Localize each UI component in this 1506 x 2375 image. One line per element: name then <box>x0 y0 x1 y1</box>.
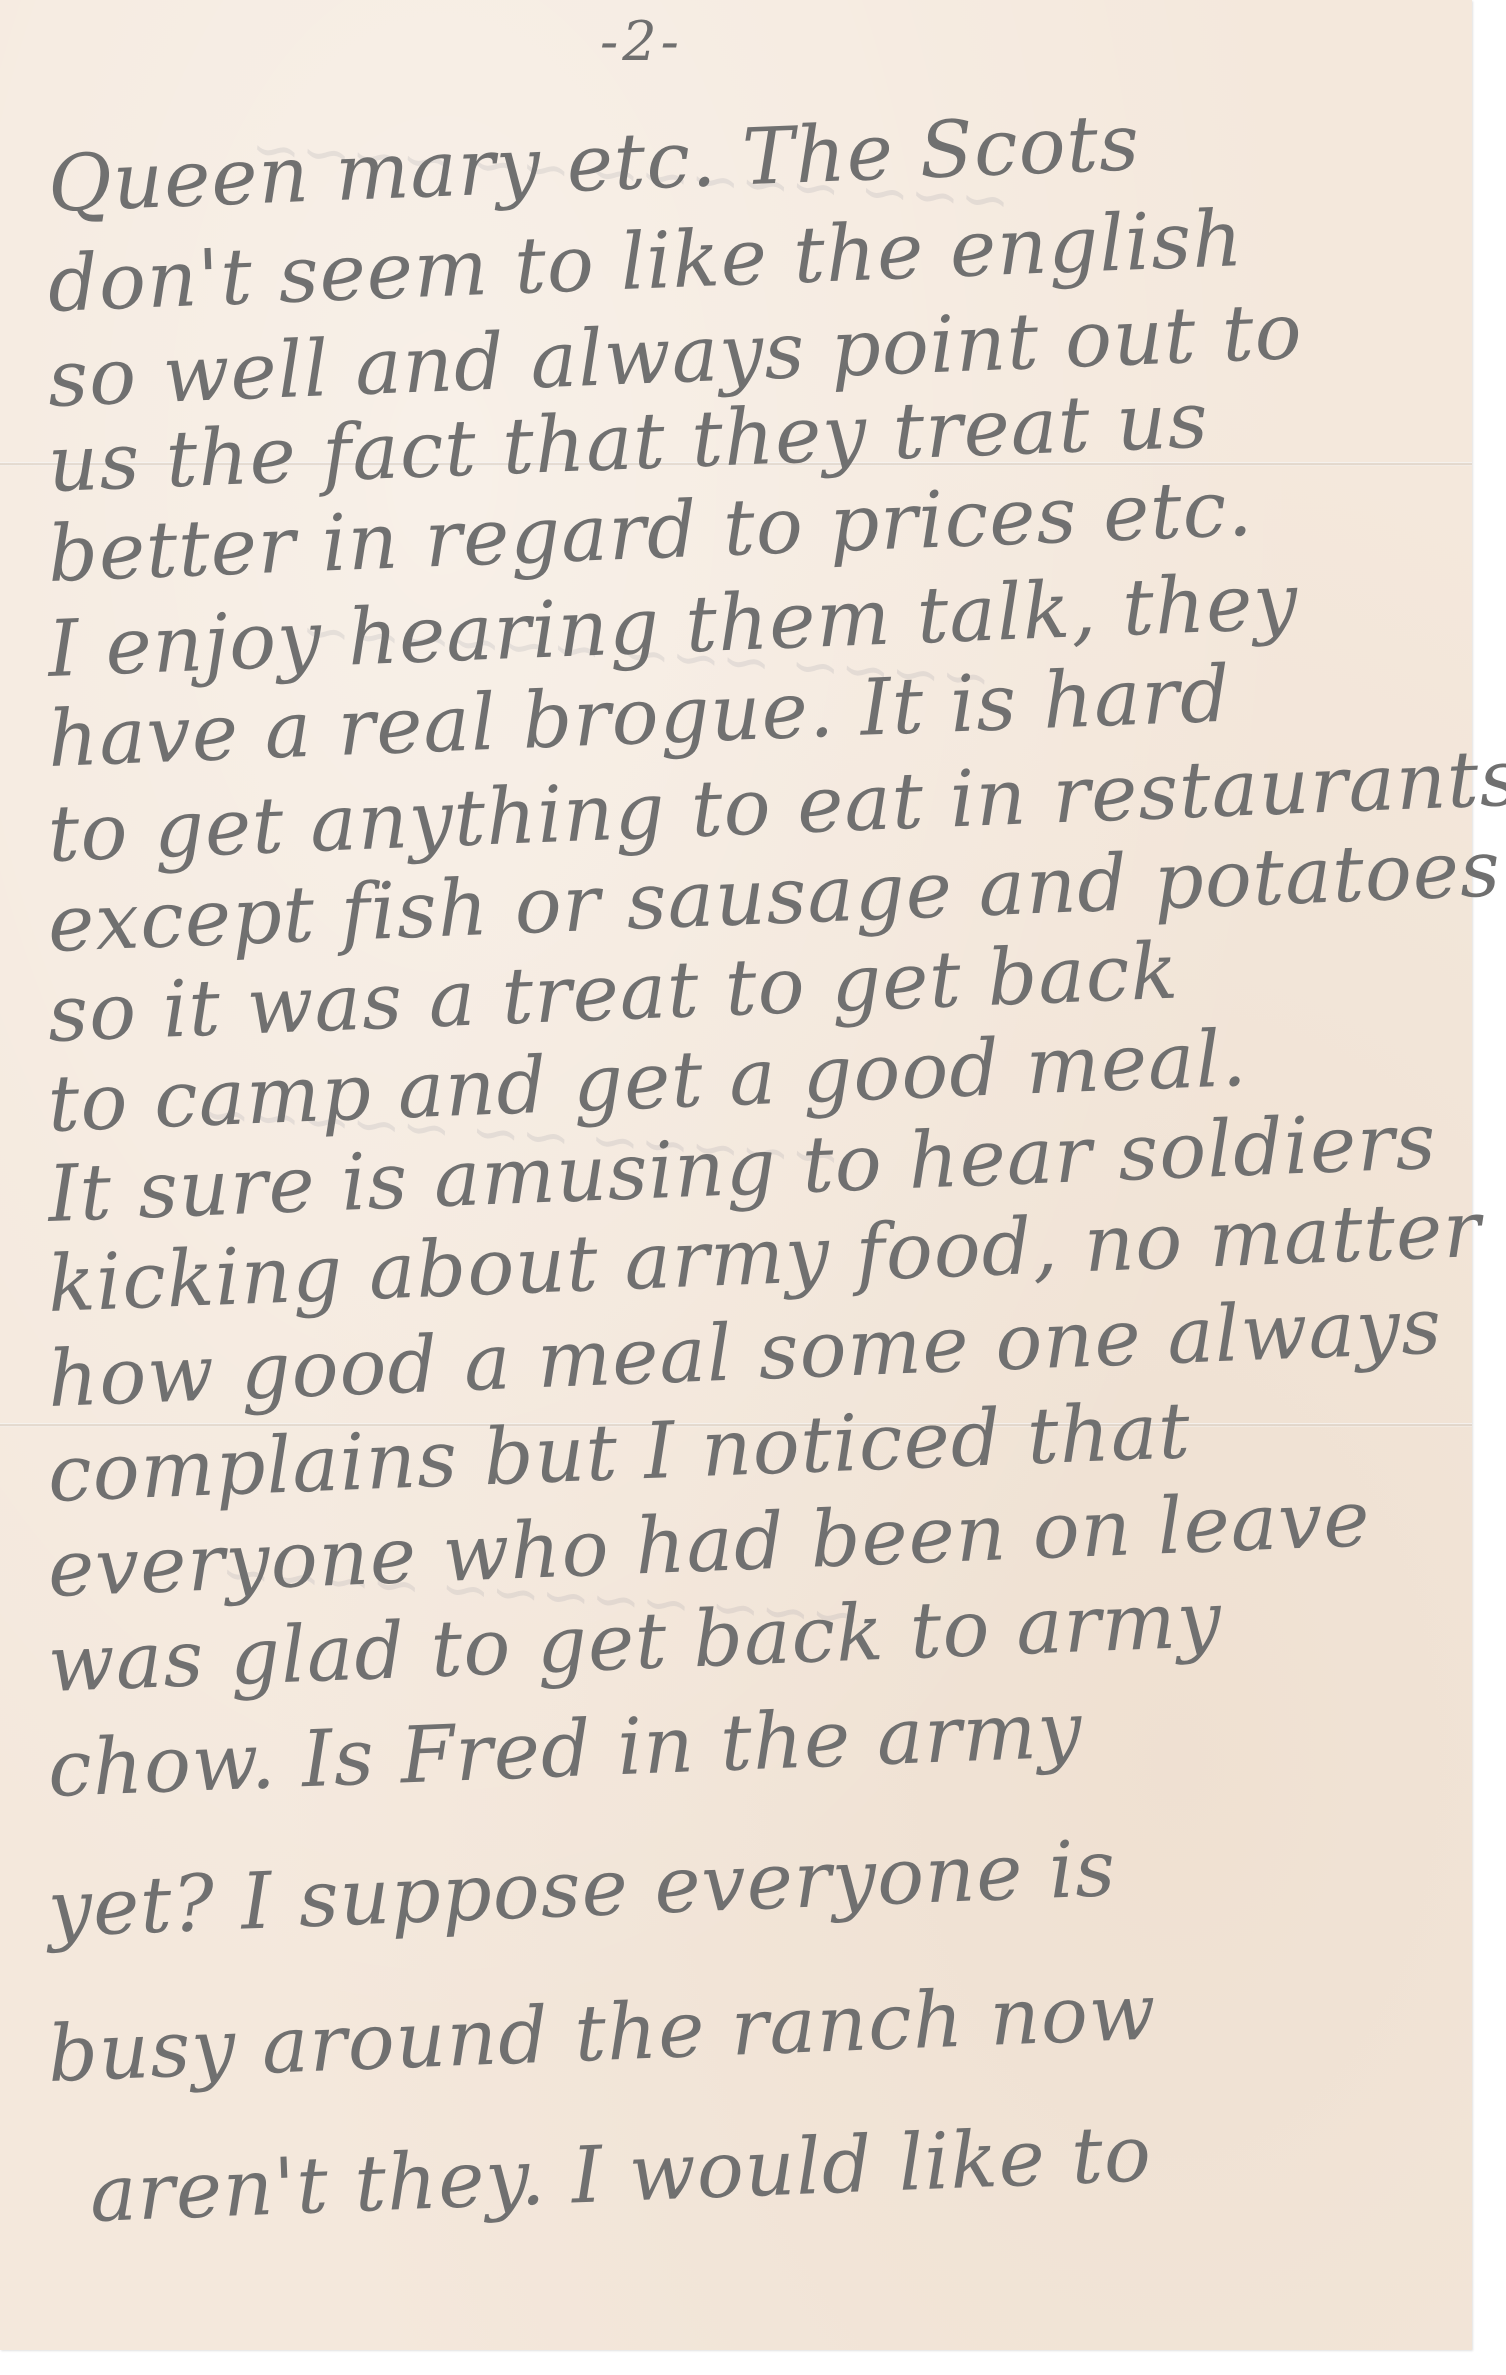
handwritten-line: yet? I suppose everyone is <box>46 1824 1117 1955</box>
handwritten-line: aren't they. I would like to <box>88 2109 1153 2240</box>
handwritten-line: chow. Is Fred in the army <box>46 1685 1084 1815</box>
letter-page: ~~~ ~~~~~ ~~ ~~~~ ~~~~ ~~~ ~~~~~~ ~~~~~ … <box>0 0 1472 2350</box>
page-number: -2- <box>600 10 683 73</box>
handwritten-line: busy around the ranch now <box>46 1967 1158 2100</box>
